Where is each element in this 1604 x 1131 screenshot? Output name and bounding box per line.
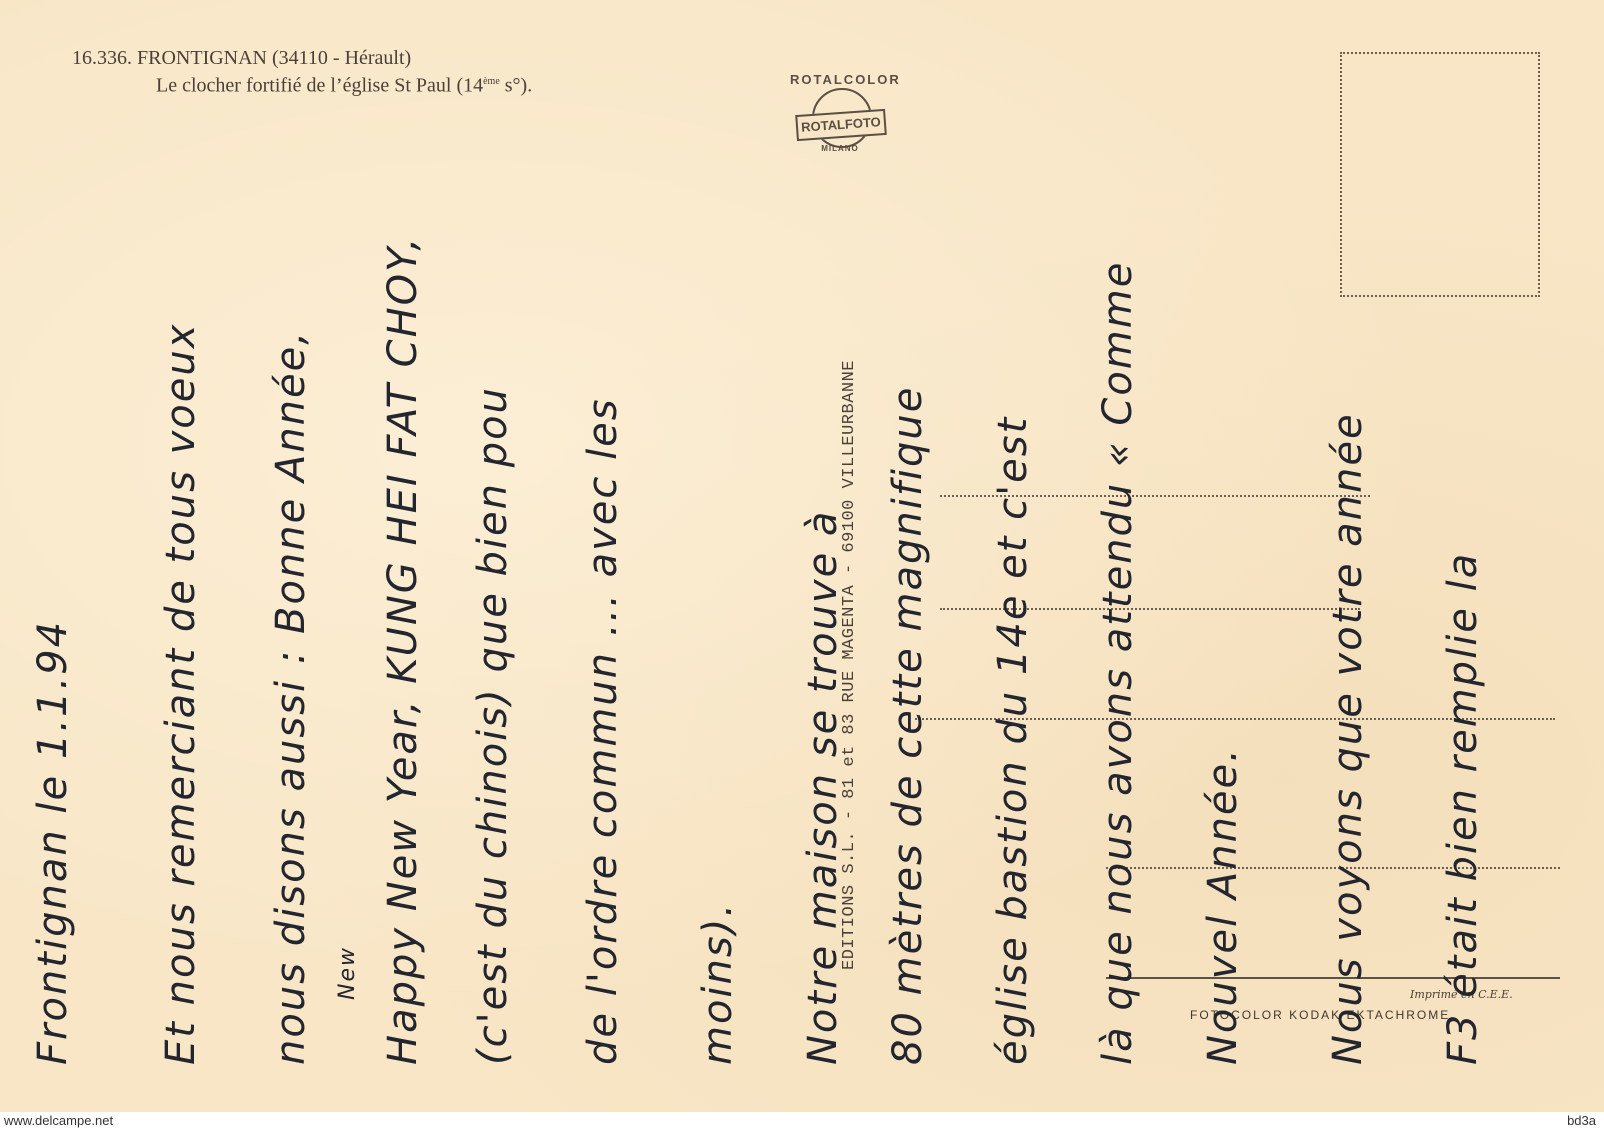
handwritten-line: Notre maison se trouve à — [800, 510, 846, 1065]
handwritten-note-new: New — [335, 946, 360, 1000]
rotalcolor-logo: ROTALCOLOR ROTALFOTO MILANO — [790, 72, 890, 164]
handwritten-line: F3 était bien remplie la — [1440, 552, 1486, 1065]
printed-caption: 16.336. FRONTIGNAN (34110 - Hérault) Le … — [72, 46, 532, 98]
logo-bottom-text: MILANO — [790, 144, 890, 153]
logo-banner: ROTALFOTO — [795, 109, 887, 141]
logo-top-text: ROTALCOLOR — [790, 72, 890, 87]
handwritten-line: église bastion du 14e et c'est — [990, 416, 1036, 1065]
postcard-back: 16.336. FRONTIGNAN (34110 - Hérault) Le … — [0, 0, 1604, 1112]
handwritten-line: 80 mètres de cette magnifique — [885, 386, 931, 1065]
site-watermark: www.delcampe.net — [4, 1113, 113, 1128]
handwritten-line: nous disons aussi : Bonne Année, — [268, 330, 314, 1065]
caption-title: 16.336. FRONTIGNAN (34110 - Hérault) — [72, 46, 532, 70]
caption-subtitle: Le clocher fortifié de l’église St Paul … — [72, 70, 532, 98]
handwritten-line: de l'ordre commun ... avec les — [580, 397, 626, 1065]
stamp-box — [1340, 52, 1540, 297]
handwritten-line: moins). — [695, 902, 741, 1065]
handwritten-line: là que nous avons attendu « Comme — [1095, 261, 1141, 1065]
watermark-footer: www.delcampe.net bd3a — [0, 1112, 1604, 1131]
seller-code: bd3a — [1567, 1113, 1596, 1128]
handwritten-line: Nous voyons que votre année — [1325, 412, 1371, 1065]
handwritten-line: Nouvel Année. — [1200, 747, 1246, 1065]
handwritten-line: Happy New Year, KUNG HEI FAT CHOY, — [380, 236, 426, 1065]
handwritten-line: (c'est du chinois) que bien pou — [470, 386, 516, 1065]
handwritten-line: Frontignan le 1.1.94 — [30, 620, 76, 1065]
handwritten-line: Et nous remerciant de tous voeux — [158, 323, 204, 1065]
